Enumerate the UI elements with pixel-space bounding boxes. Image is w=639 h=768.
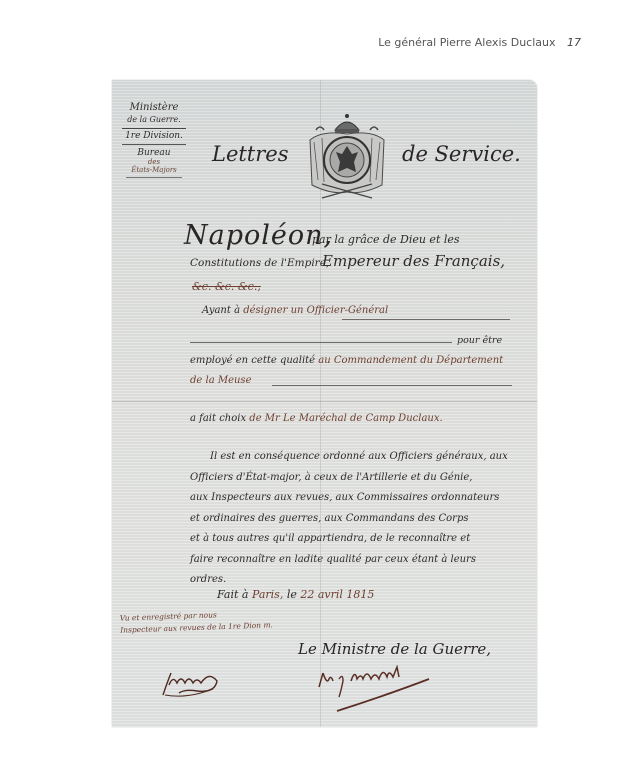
paragraph-line: et ordinaires des guerres, aux Commandan… [190, 509, 510, 530]
signature-davout-icon [317, 665, 457, 715]
title-de-service: de Service. [402, 142, 521, 166]
ministry-line: de la Guerre. [122, 115, 186, 124]
signature-left-icon [157, 665, 227, 700]
running-head-title: Le général Pierre Alexis Duclaux [378, 36, 555, 49]
fait-place: Paris, [252, 588, 283, 601]
ayant-handwritten: désigner un Officier-Général [243, 305, 388, 316]
paragraph-line: Il est en conséquence ordonné aux Offici… [190, 447, 510, 468]
bureau-des: des [122, 158, 186, 166]
ayant-printed: Ayant à [202, 305, 240, 316]
choix-printed: a fait choix [190, 413, 246, 424]
divider [126, 177, 182, 178]
fill-line [190, 342, 452, 343]
ayant-line: Ayant à désigner un Officier-Général [202, 305, 388, 316]
constitutions-line: Constitutions de l'Empire, [190, 257, 329, 269]
registration-note: Vu et enregistré par nous Inspecteur aux… [120, 607, 273, 636]
fill-line [342, 319, 510, 320]
page-number: 17 [567, 36, 581, 49]
running-head: Le général Pierre Alexis Duclaux 17 [378, 36, 581, 49]
paragraph-line: aux Inspecteurs aux revues, aux Commissa… [190, 488, 510, 509]
fait-date: 22 avril 1815 [300, 588, 374, 601]
bureau-label: Bureau [122, 148, 186, 158]
divider [122, 128, 186, 129]
division-label: 1re Division. [122, 131, 186, 141]
letter-of-service-document: Ministère de la Guerre. 1re Division. Bu… [112, 80, 537, 727]
orders-paragraph: Il est en conséquence ordonné aux Offici… [190, 447, 510, 591]
ministry-header-box: Ministère de la Guerre. 1re Division. Bu… [122, 102, 186, 178]
minister-title: Le Ministre de la Guerre, [298, 640, 491, 658]
struck-etc-line: &c. &c. &c., [192, 280, 261, 293]
employe-handwritten: au Commandement du Département [318, 355, 503, 366]
fill-line [272, 385, 512, 386]
title-lettres: Lettres [212, 142, 289, 166]
fait-printed: Fait à [217, 588, 248, 601]
grace-line: par la grâce de Dieu et les [312, 233, 460, 246]
imperial-coat-of-arms-icon [302, 110, 392, 205]
employe-line: employé en cette qualité au Commandement… [190, 355, 503, 366]
paragraph-line: faire reconnaître en ladite qualité par … [190, 550, 510, 571]
fait-line: Fait à Paris, le 22 avril 1815 [217, 588, 374, 601]
employe-printed: employé en cette qualité [190, 355, 315, 366]
choix-handwritten: de Mr Le Maréchal de Camp Duclaux. [249, 413, 442, 424]
empereur-line: Empereur des Français, [322, 252, 505, 270]
paper-fold-horizontal [112, 401, 537, 402]
choix-line: a fait choix de Mr Le Maréchal de Camp D… [190, 413, 443, 424]
pour-etre-text: pour être [457, 335, 502, 346]
ministry-line: Ministère [122, 102, 186, 113]
bureau-of: États-Majors [122, 166, 186, 174]
paragraph-line: et à tous autres qu'il appartiendra, de … [190, 529, 510, 550]
fait-le: le [287, 588, 297, 601]
napoleon-heading: Napoléon, [184, 220, 333, 251]
paragraph-line: Officiers d'État-major, à ceux de l'Arti… [190, 468, 510, 489]
meuse-handwritten: de la Meuse [190, 375, 251, 386]
divider [122, 144, 186, 145]
